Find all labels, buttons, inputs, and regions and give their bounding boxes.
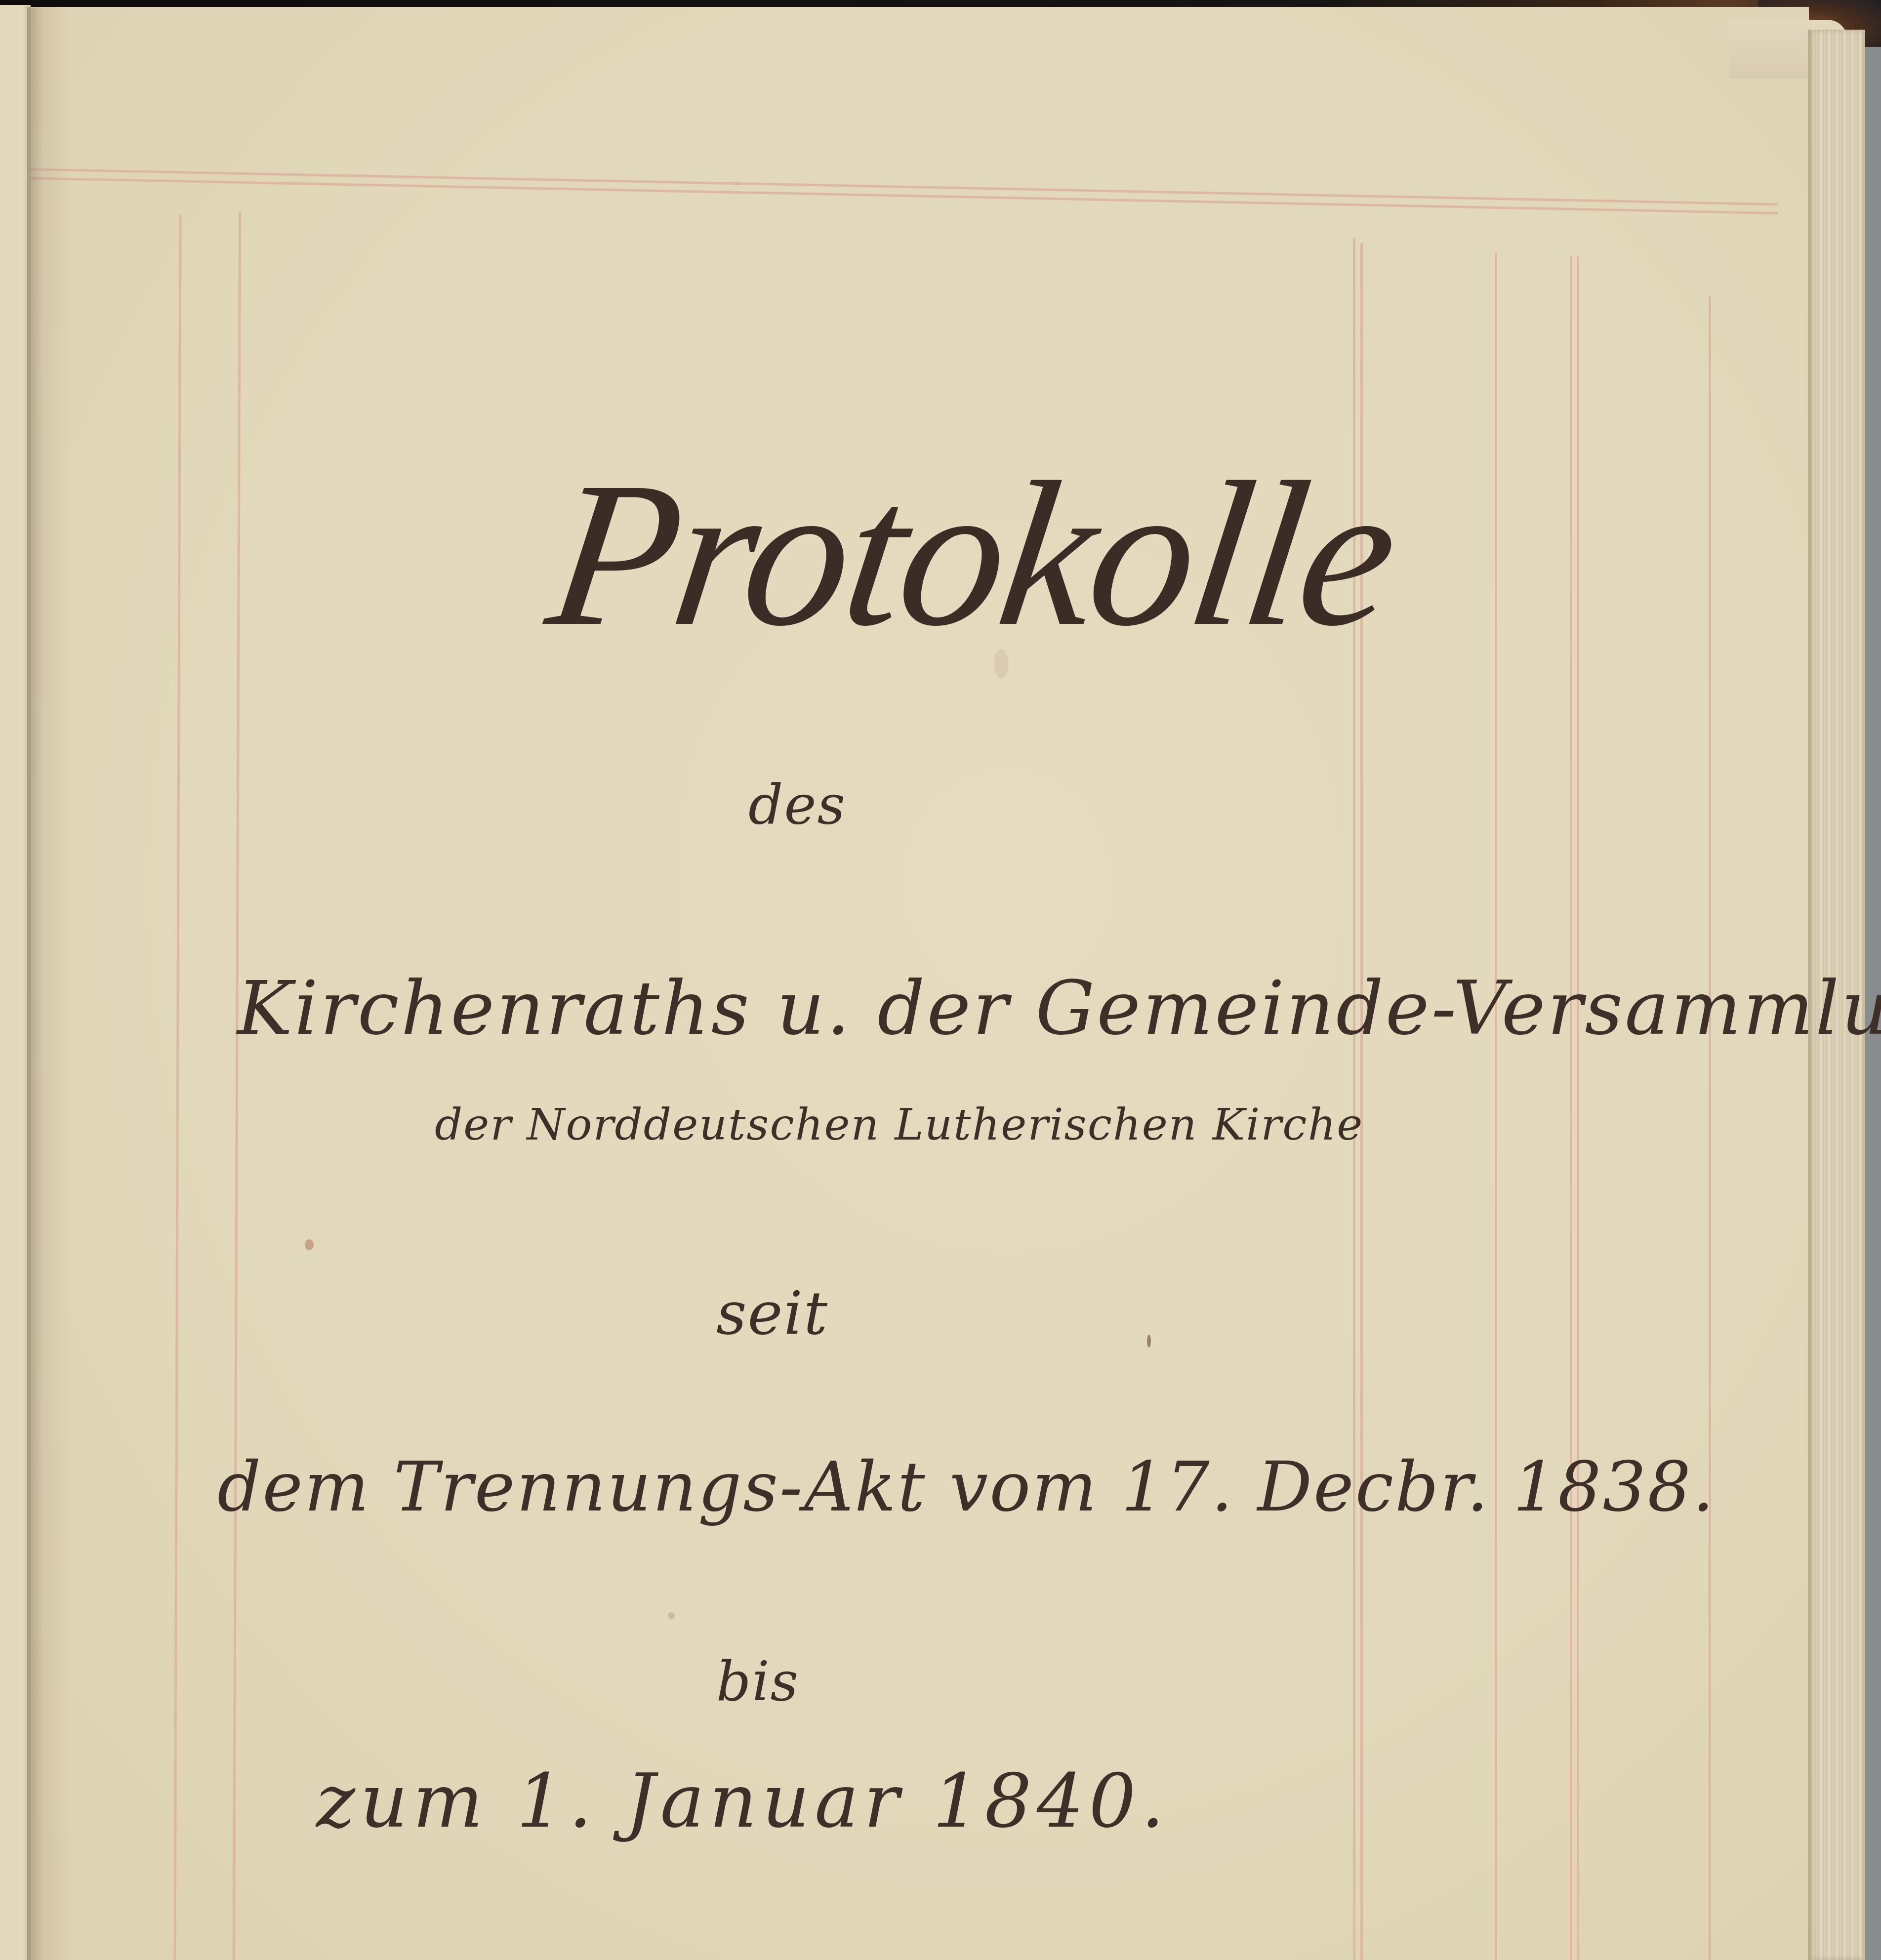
header-rule-top: [0, 167, 1778, 205]
column-rule-4: [1495, 253, 1497, 1960]
text-line-seit: seit: [716, 1279, 828, 1348]
column-rule-5a: [1570, 256, 1572, 1960]
document-scan: Protokolle des Kirchenraths u. der Gemei…: [0, 0, 1881, 1960]
column-rule-6: [1709, 296, 1711, 1960]
text-line-end-date: zum 1. Januar 1840.: [316, 1758, 1169, 1844]
text-line-bis: bis: [716, 1650, 799, 1713]
document-title: Protokolle: [536, 435, 1408, 673]
foxing-spot: [668, 1612, 675, 1619]
facing-page-edge: [0, 5, 31, 1960]
foxing-spot: [1147, 1335, 1151, 1347]
foxing-spot: [305, 1239, 314, 1250]
text-line-des: des: [748, 773, 846, 836]
column-rule-1: [173, 214, 181, 1960]
column-rule-5b: [1577, 256, 1579, 1960]
text-line-start-date: dem Trennungs-Akt vom 17. Decbr. 1838.: [217, 1447, 1716, 1527]
gutter-shadow: [27, 7, 72, 1960]
header-rule-bottom: [0, 176, 1778, 214]
text-line-kirchenraths: Kirchenraths u. der Gemeinde-Versammlung…: [237, 966, 1881, 1052]
column-rule-2: [233, 212, 241, 1960]
text-line-church: der Norddeutschen Lutherischen Kirche: [435, 1099, 1363, 1150]
